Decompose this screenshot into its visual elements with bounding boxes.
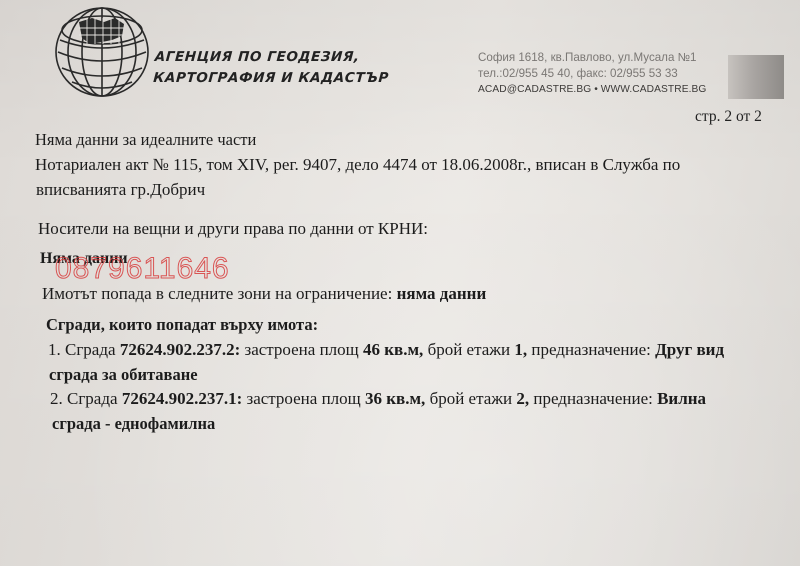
building-2-floors-label: брой етажи [425,389,516,408]
building-2-purpose: Вилна [657,389,706,408]
holders-value: Няма данни [40,250,128,268]
buildings-heading: Сгради, които попадат върху имота: [46,315,318,335]
building-1-id: 72624.902.237.2: [120,340,240,359]
building-2-area: 36 кв.м, [365,389,425,408]
restriction-label: Имотът попада в следните зони на огранич… [42,284,397,303]
building-2-purpose-label: предназначение: [529,389,657,408]
address: София 1618, кв.Павлово, ул.Мусала №1 [478,50,714,66]
restriction-zones: Имотът попада в следните зони на огранич… [42,284,486,304]
notary-deed-line1: Нотариален акт № 115, том XIV, рег. 9407… [35,155,680,175]
holders-heading: Носители на вещни и други права по данни… [38,219,428,239]
agency-name-line1: АГЕНЦИЯ ПО ГЕОДЕЗИЯ, [154,47,391,68]
agency-name: АГЕНЦИЯ ПО ГЕОДЕЗИЯ, КАРТОГРАФИЯ И КАДАС… [153,47,392,89]
restriction-value: няма данни [397,284,487,303]
notary-deed-line2: вписванията гр.Добрич [36,180,205,200]
building-2-prefix: 2. Сграда [50,389,122,408]
phone-fax: тел.:02/955 45 40, факс: 02/955 53 33 [478,66,714,82]
agency-name-line2: КАРТОГРАФИЯ И КАДАСТЪР [153,68,390,89]
building-1-purpose-cont: сграда за обитаване [49,365,198,385]
building-2: 2. Сграда 72624.902.237.1: застроена пло… [50,389,706,409]
ideal-parts-text: Няма данни за идеалните части [35,130,256,150]
building-1: 1. Сграда 72624.902.237.2: застроена пло… [48,340,724,360]
building-1-prefix: 1. Сграда [48,340,120,359]
building-1-area-label: застроена площ [240,340,363,359]
building-1-floors-label: брой етажи [423,340,514,359]
building-2-floors: 2, [516,389,529,408]
email-web: ACAD@CADASTRE.BG • WWW.CADASTRE.BG [478,82,714,98]
globe-logo-icon [52,0,152,100]
building-2-purpose-cont: сграда - еднофамилна [52,414,215,434]
contact-block: София 1618, кв.Павлово, ул.Мусала №1 тел… [478,50,714,98]
building-1-purpose: Друг вид [655,340,724,359]
building-1-purpose-label: предназначение: [527,340,655,359]
gray-header-block [728,55,784,99]
building-1-area: 46 кв.м, [363,340,423,359]
building-2-area-label: застроена площ [242,389,365,408]
building-1-floors: 1, [514,340,527,359]
building-2-id: 72624.902.237.1: [122,389,242,408]
page-number: стр. 2 от 2 [695,108,762,126]
